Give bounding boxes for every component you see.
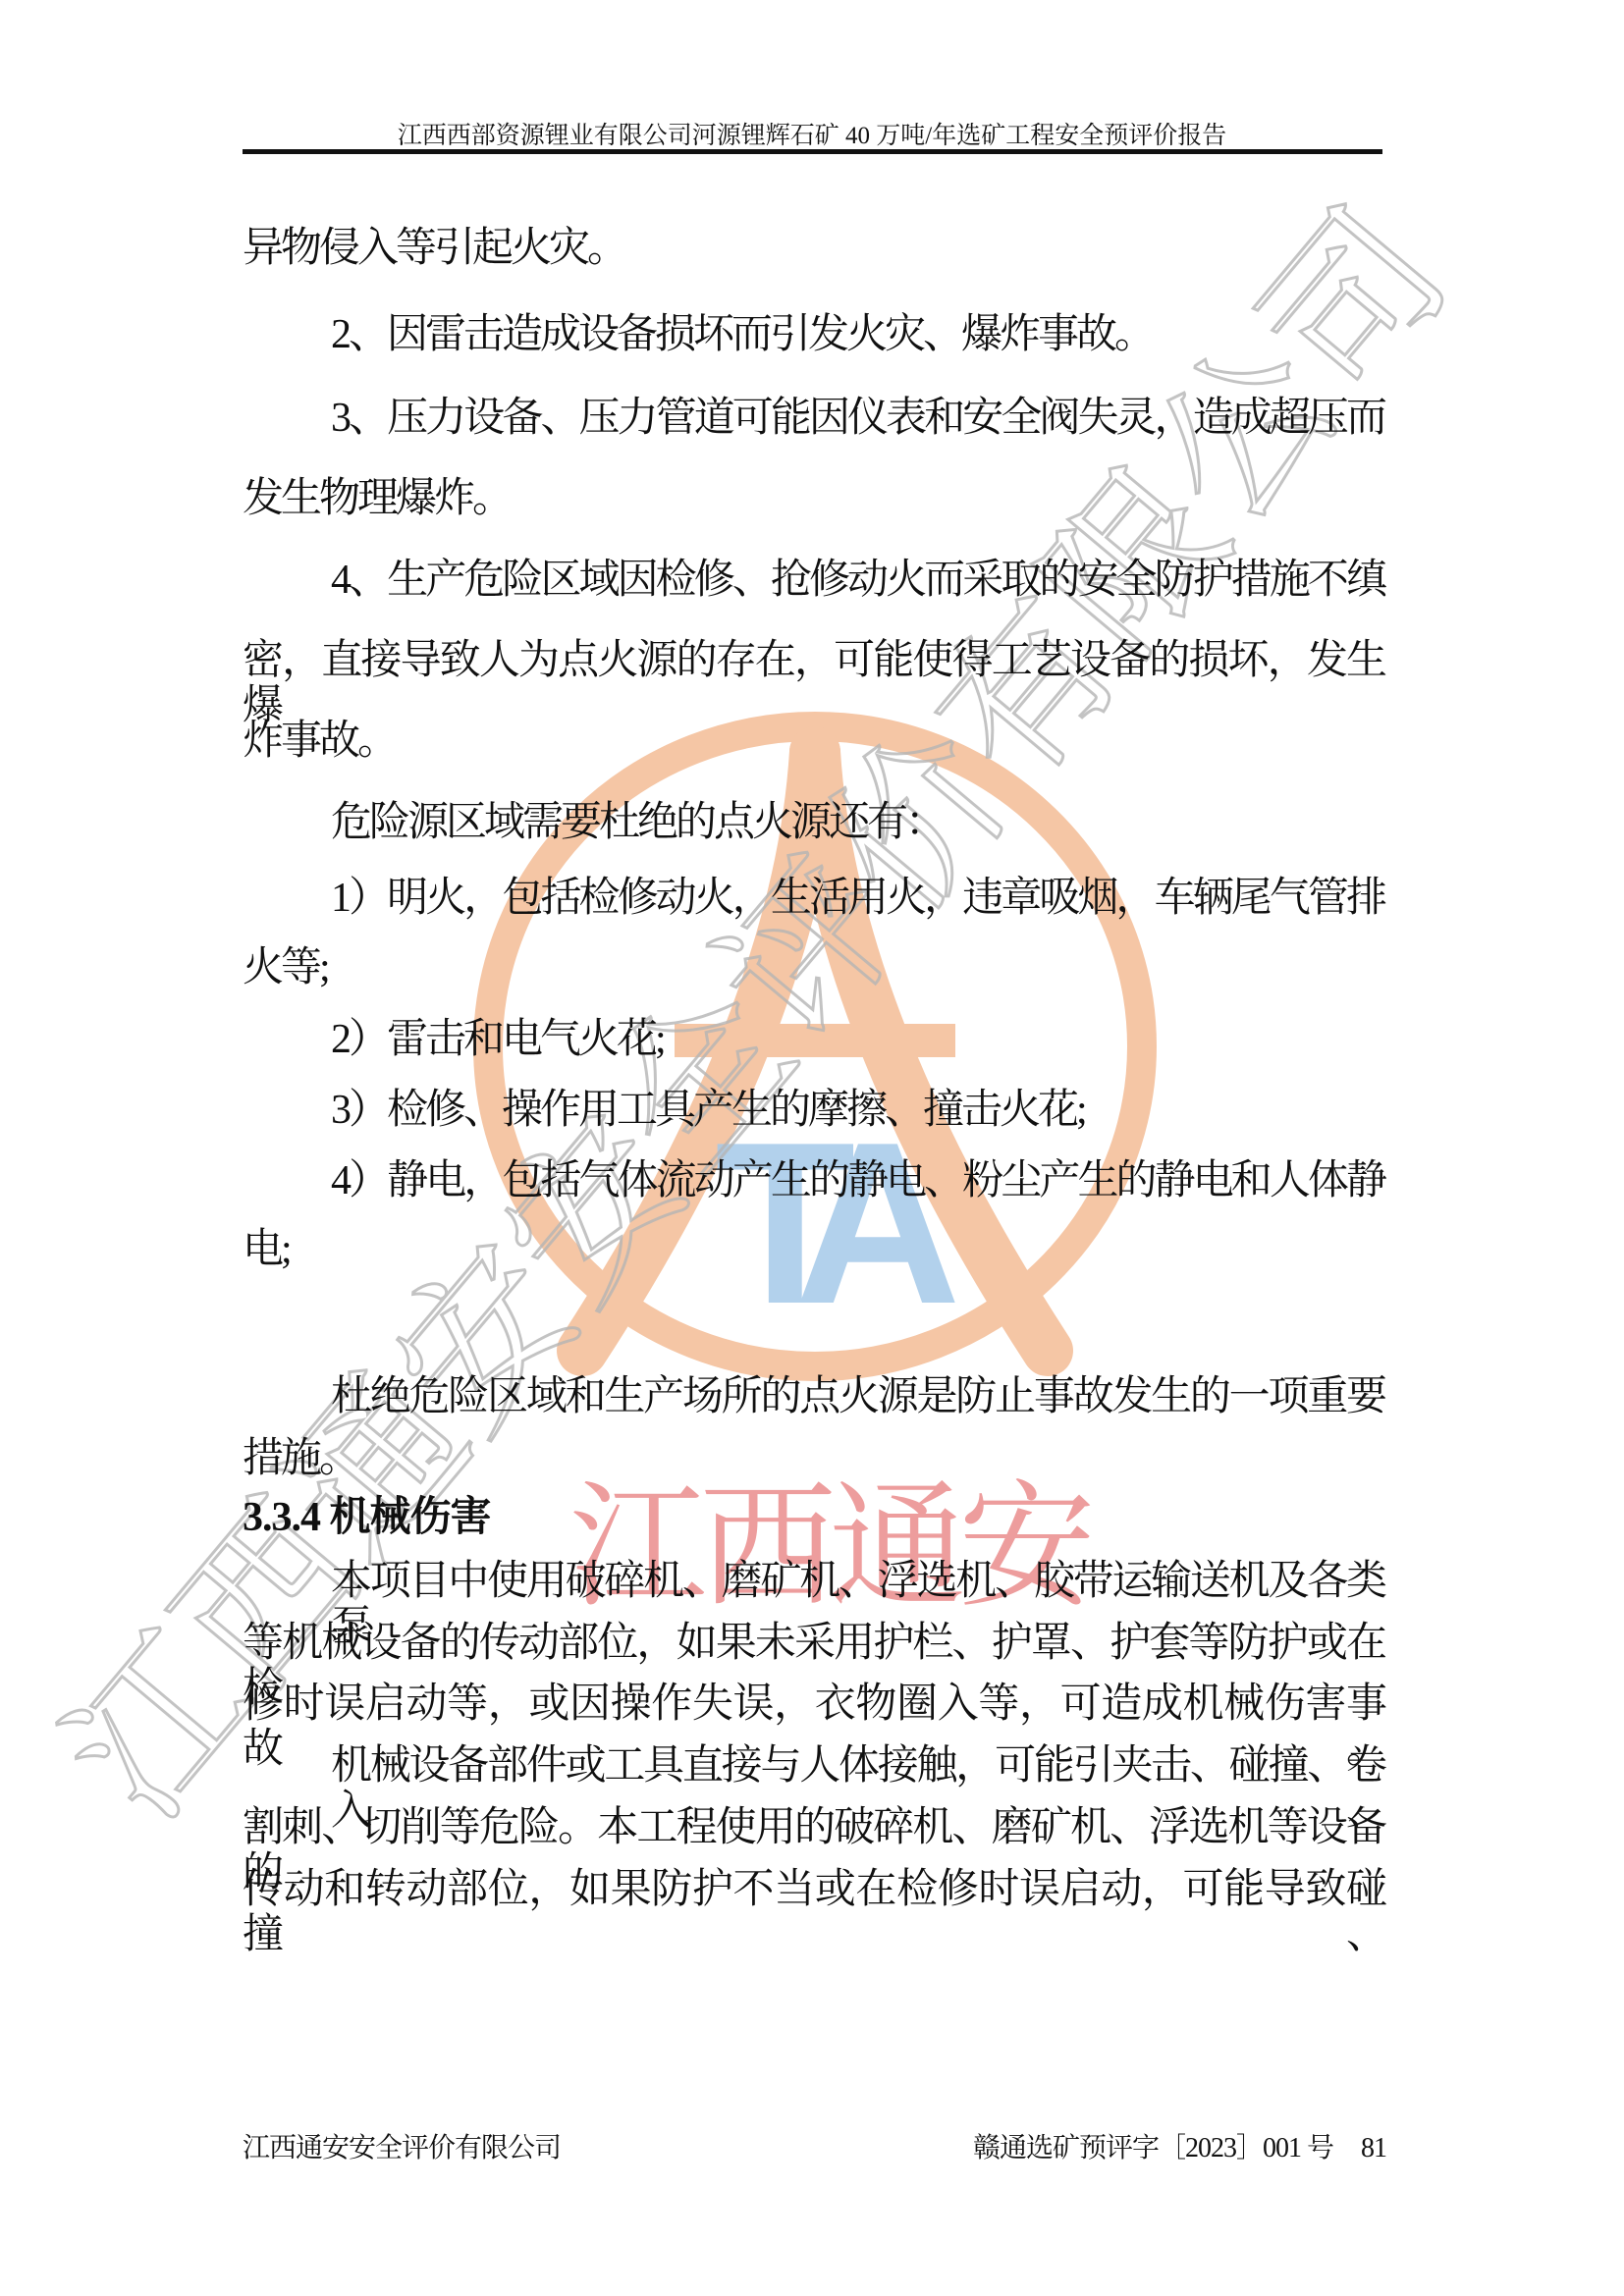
body-line: 措施。 [243, 1436, 1384, 1481]
body-line: 3）检修、操作用工具产生的摩擦、撞击火花; [331, 1088, 1384, 1133]
body-line: 杜绝危险区域和生产场所的点火源是防止事故发生的一项重要 [331, 1374, 1384, 1419]
header-divider-line [243, 149, 1382, 154]
footer-reference: 赣通选矿预评字［2023］001 号81 [973, 2126, 1386, 2165]
body-line: 炸事故。 [243, 719, 1384, 764]
body-line: 密，直接导致人为点火源的存在，可能使得工艺设备的损坏，发生爆 [243, 638, 1384, 728]
footer-reg-number: 赣通选矿预评字［2023］001 号 [973, 2133, 1333, 2163]
section-heading: 3.3.4 机械伤害 [243, 1495, 1384, 1540]
body-line: 发生物理爆炸。 [243, 476, 1384, 521]
body-line: 2、因雷击造成设备损坏而引发火灾、爆炸事故。 [331, 312, 1384, 357]
body-line: 3、压力设备、压力管道可能因仪表和安全阀失灵，造成超压而 [331, 396, 1384, 441]
body-line: 1）明火，包括检修动火，生活用火，违章吸烟，车辆尾气管排 [331, 876, 1384, 921]
body-line: 异物侵入等引起火灾。 [243, 226, 1384, 271]
body-line: 2）雷击和电气火花; [331, 1017, 1384, 1062]
body-line: 电; [243, 1227, 1384, 1272]
page-header-title: 江西西部资源锂业有限公司河源锂辉石矿 40 万吨/年选矿工程安全预评价报告 [0, 116, 1624, 151]
body-line: 4、生产危险区域因检修、抢修动火而采取的安全防护措施不缜 [331, 558, 1384, 603]
body-line: 传动和转动部位，如果防护不当或在检修时误启动，可能导致碰撞、 [243, 1867, 1384, 1957]
body-line: 危险源区域需要杜绝的点火源还有： [331, 800, 1384, 845]
footer-page-number: 81 [1361, 2133, 1386, 2163]
body-line: 4）静电，包括气体流动产生的静电、粉尘产生的静电和人体静 [331, 1158, 1384, 1203]
body-line: 火等; [243, 945, 1384, 990]
document-page: TA 江西通安安全评价有限公司 江西通安 江西西部资源锂业有限公司河源锂辉石矿 … [0, 0, 1624, 2296]
footer-company-name: 江西通安安全评价有限公司 [243, 2126, 561, 2165]
